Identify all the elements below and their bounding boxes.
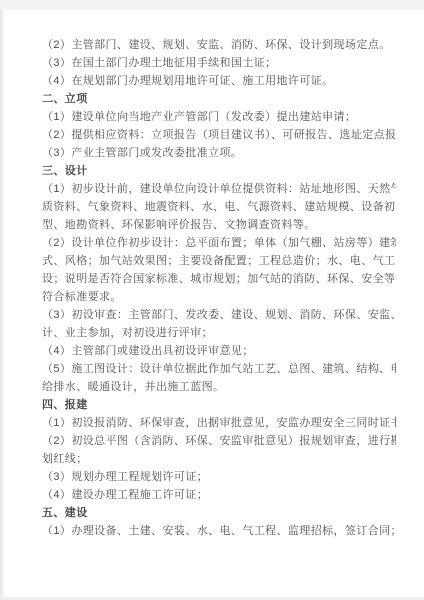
doc-line: 式、风格；加气站效果图；主要设备配置；工程总造价；水、电、气工艺初 [42, 252, 396, 270]
doc-line: （1）办理设备、土建、安装、水、电、气工程、监理招标，签订合同； [42, 522, 396, 540]
doc-line: （3）在国土部门办理土地征用手续和国土证； [42, 54, 396, 72]
doc-line: （1）初步设计前，建设单位向设计单位提供资料：站址地形图、天然气气 [42, 180, 396, 198]
doc-line: 符合标准要求。 [42, 288, 396, 306]
doc-line: （2）主管部门、建设、规划、安监、消防、环保、设计到现场定点。 [42, 36, 396, 54]
doc-line: （1）建设单位向当地产业产管部门（发改委）提出建站申请； [42, 108, 396, 126]
doc-line: （1）初设报消防、环保审查，出据审批意见，安监办理安全三同时证书； [42, 414, 396, 432]
doc-line: （2）提供相应资料：立项报告（项目建议书）、可研报告、选址定点报告； [42, 126, 396, 144]
doc-line: 质资料、气象资料、地震资料、水、电、气源资料、建站规模、设备初步选 [42, 198, 396, 216]
doc-line: （3）规划办理工程规划许可证； [42, 468, 396, 486]
doc-line: 设；说明是否符合国家标准、城市规划；加气站的消防、环保、安全等是否 [42, 270, 396, 288]
doc-line: （4）在规划部门办理规划用地许可证、施工用地许可证。 [42, 72, 396, 90]
page-top-border [0, 0, 424, 10]
doc-line: （2）初设总平图（含消防、环保、安监审批意见）报规划审查，进行勘测， [42, 432, 396, 450]
doc-line: 计、业主参加，对初设进行评审； [42, 324, 396, 342]
section-heading-sheji: 三、设计 [42, 162, 396, 180]
section-heading-jianshe: 五、建设 [42, 504, 396, 522]
doc-line: （5）施工图设计：设计单位据此作加气站工艺、总图、建筑、结构、电器、 [42, 360, 396, 378]
doc-line: （3）初设审查：主管部门、发改委、建设、规划、消防、环保、安监、设 [42, 306, 396, 324]
document-body: （2）主管部门、建设、规划、安监、消防、环保、设计到现场定点。 （3）在国土部门… [42, 36, 396, 540]
section-heading-lixiang: 二、立项 [42, 90, 396, 108]
doc-line: 给排水、暖通设计，并出施工蓝图。 [42, 378, 396, 396]
page-left-border [0, 10, 3, 600]
document-page: （2）主管部门、建设、规划、安监、消防、环保、设计到现场定点。 （3）在国土部门… [0, 0, 424, 600]
doc-line: 划红线； [42, 450, 396, 468]
doc-line: 型、地勘资料、环保影响评价报告、文物调查资料等。 [42, 216, 396, 234]
doc-line: （4）建设办理工程施工许可证； [42, 486, 396, 504]
doc-line: （2）设计单位作初步设计：总平面布置；单体（加气棚、站房等）建筑样 [42, 234, 396, 252]
doc-line: （4）主管部门或建设出具初设评审意见； [42, 342, 396, 360]
section-heading-baojian: 四、报建 [42, 396, 396, 414]
doc-line: （3）产业主管部门或发改委批准立项。 [42, 144, 396, 162]
